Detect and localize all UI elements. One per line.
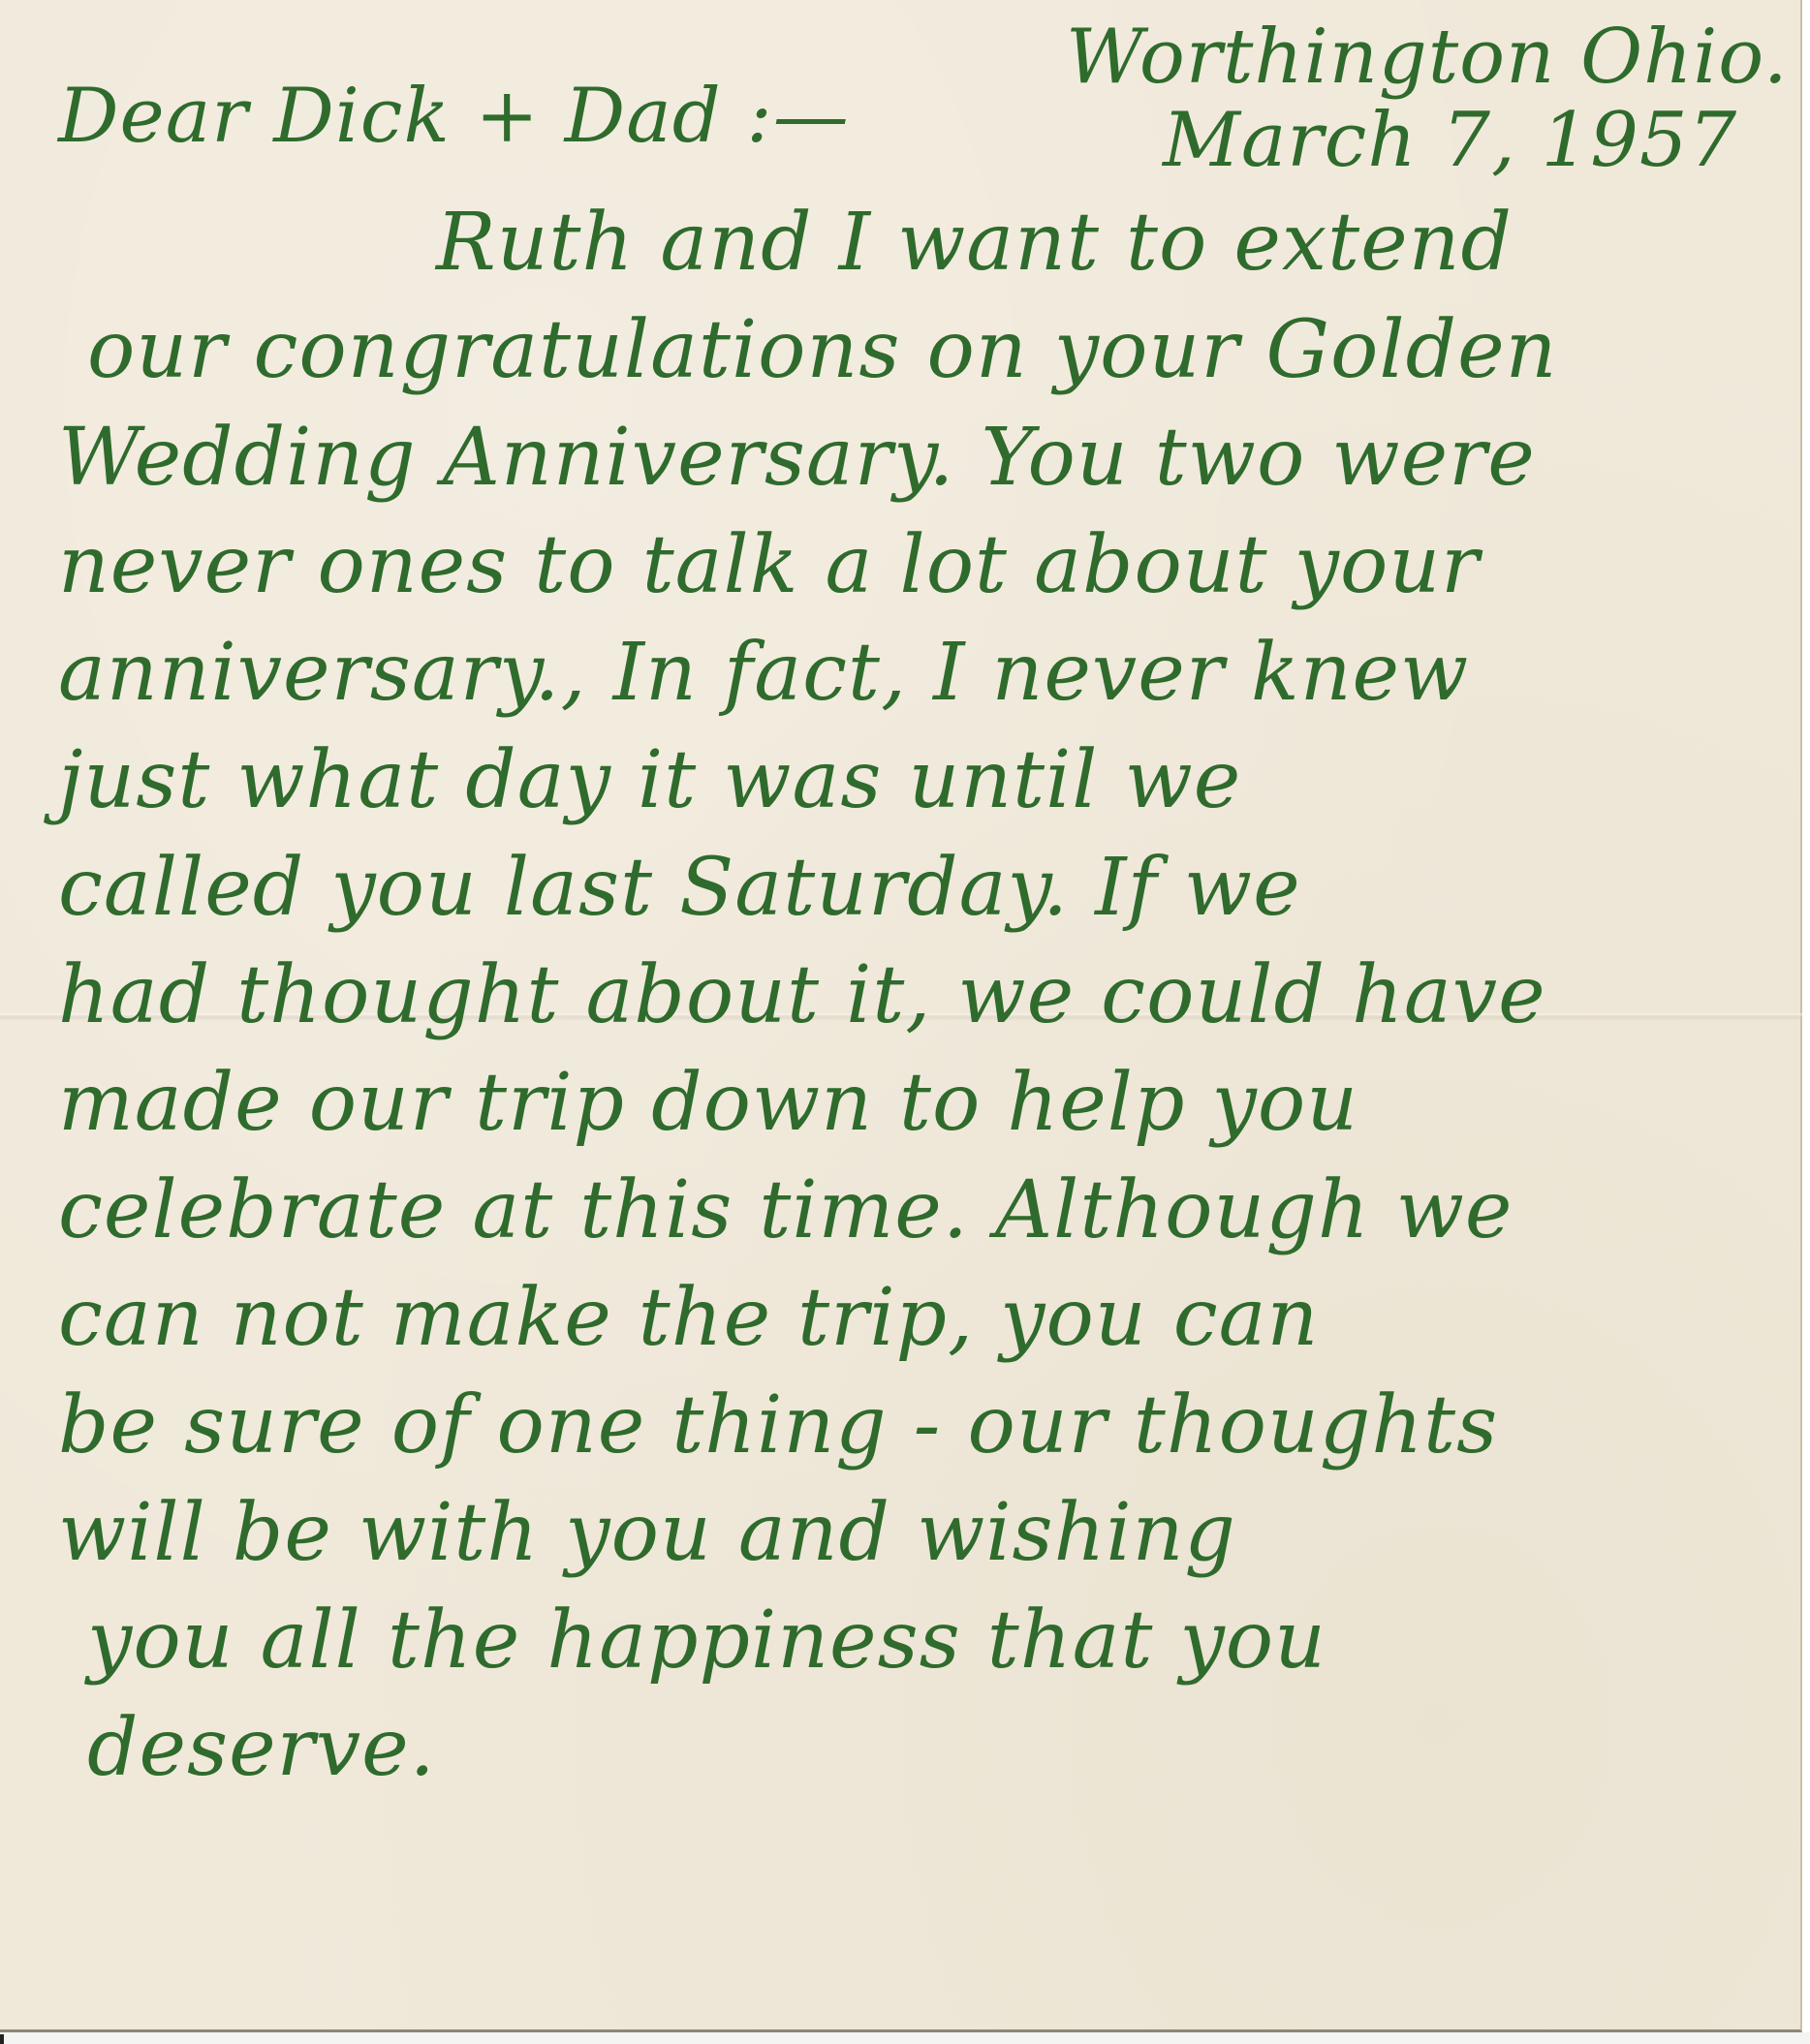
letter-body: Ruth and I want to extend our congratula…	[58, 189, 1744, 1802]
letter-line: just what day it was until we	[58, 727, 1744, 834]
letter-line: never ones to talk a lot about your	[58, 511, 1744, 619]
letter-place: Worthington Ohio.	[1066, 14, 1789, 101]
letter-line: called you last Saturday. If we	[58, 834, 1744, 942]
letter-line: can not make the trip, you can	[58, 1264, 1744, 1372]
letter-salutation: Dear Dick + Dad :—	[58, 73, 850, 160]
letter-line: you all the happiness that you	[58, 1587, 1744, 1694]
letter-line: be sure of one thing - our thoughts	[58, 1372, 1744, 1479]
letter-line: deserve.	[58, 1694, 1744, 1802]
scan-border	[0, 2032, 1810, 2044]
letter-line: anniversary., In fact, I never knew	[58, 619, 1744, 727]
letter-line: Wedding Anniversary. You two were	[58, 404, 1744, 511]
scan-edge-mark	[0, 2034, 4, 2044]
letter-line: had thought about it, we could have	[58, 942, 1744, 1049]
letter-line: will be with you and wishing	[58, 1479, 1744, 1587]
letter-date: March 7, 1957	[1163, 97, 1737, 184]
letter-line: celebrate at this time. Although we	[58, 1157, 1744, 1264]
letter-paper: Worthington Ohio. March 7, 1957 Dear Dic…	[0, 0, 1802, 2032]
letter-line: made our trip down to help you	[58, 1049, 1744, 1157]
letter-line: our congratulations on your Golden	[58, 296, 1744, 404]
letter-line: Ruth and I want to extend	[58, 189, 1744, 296]
